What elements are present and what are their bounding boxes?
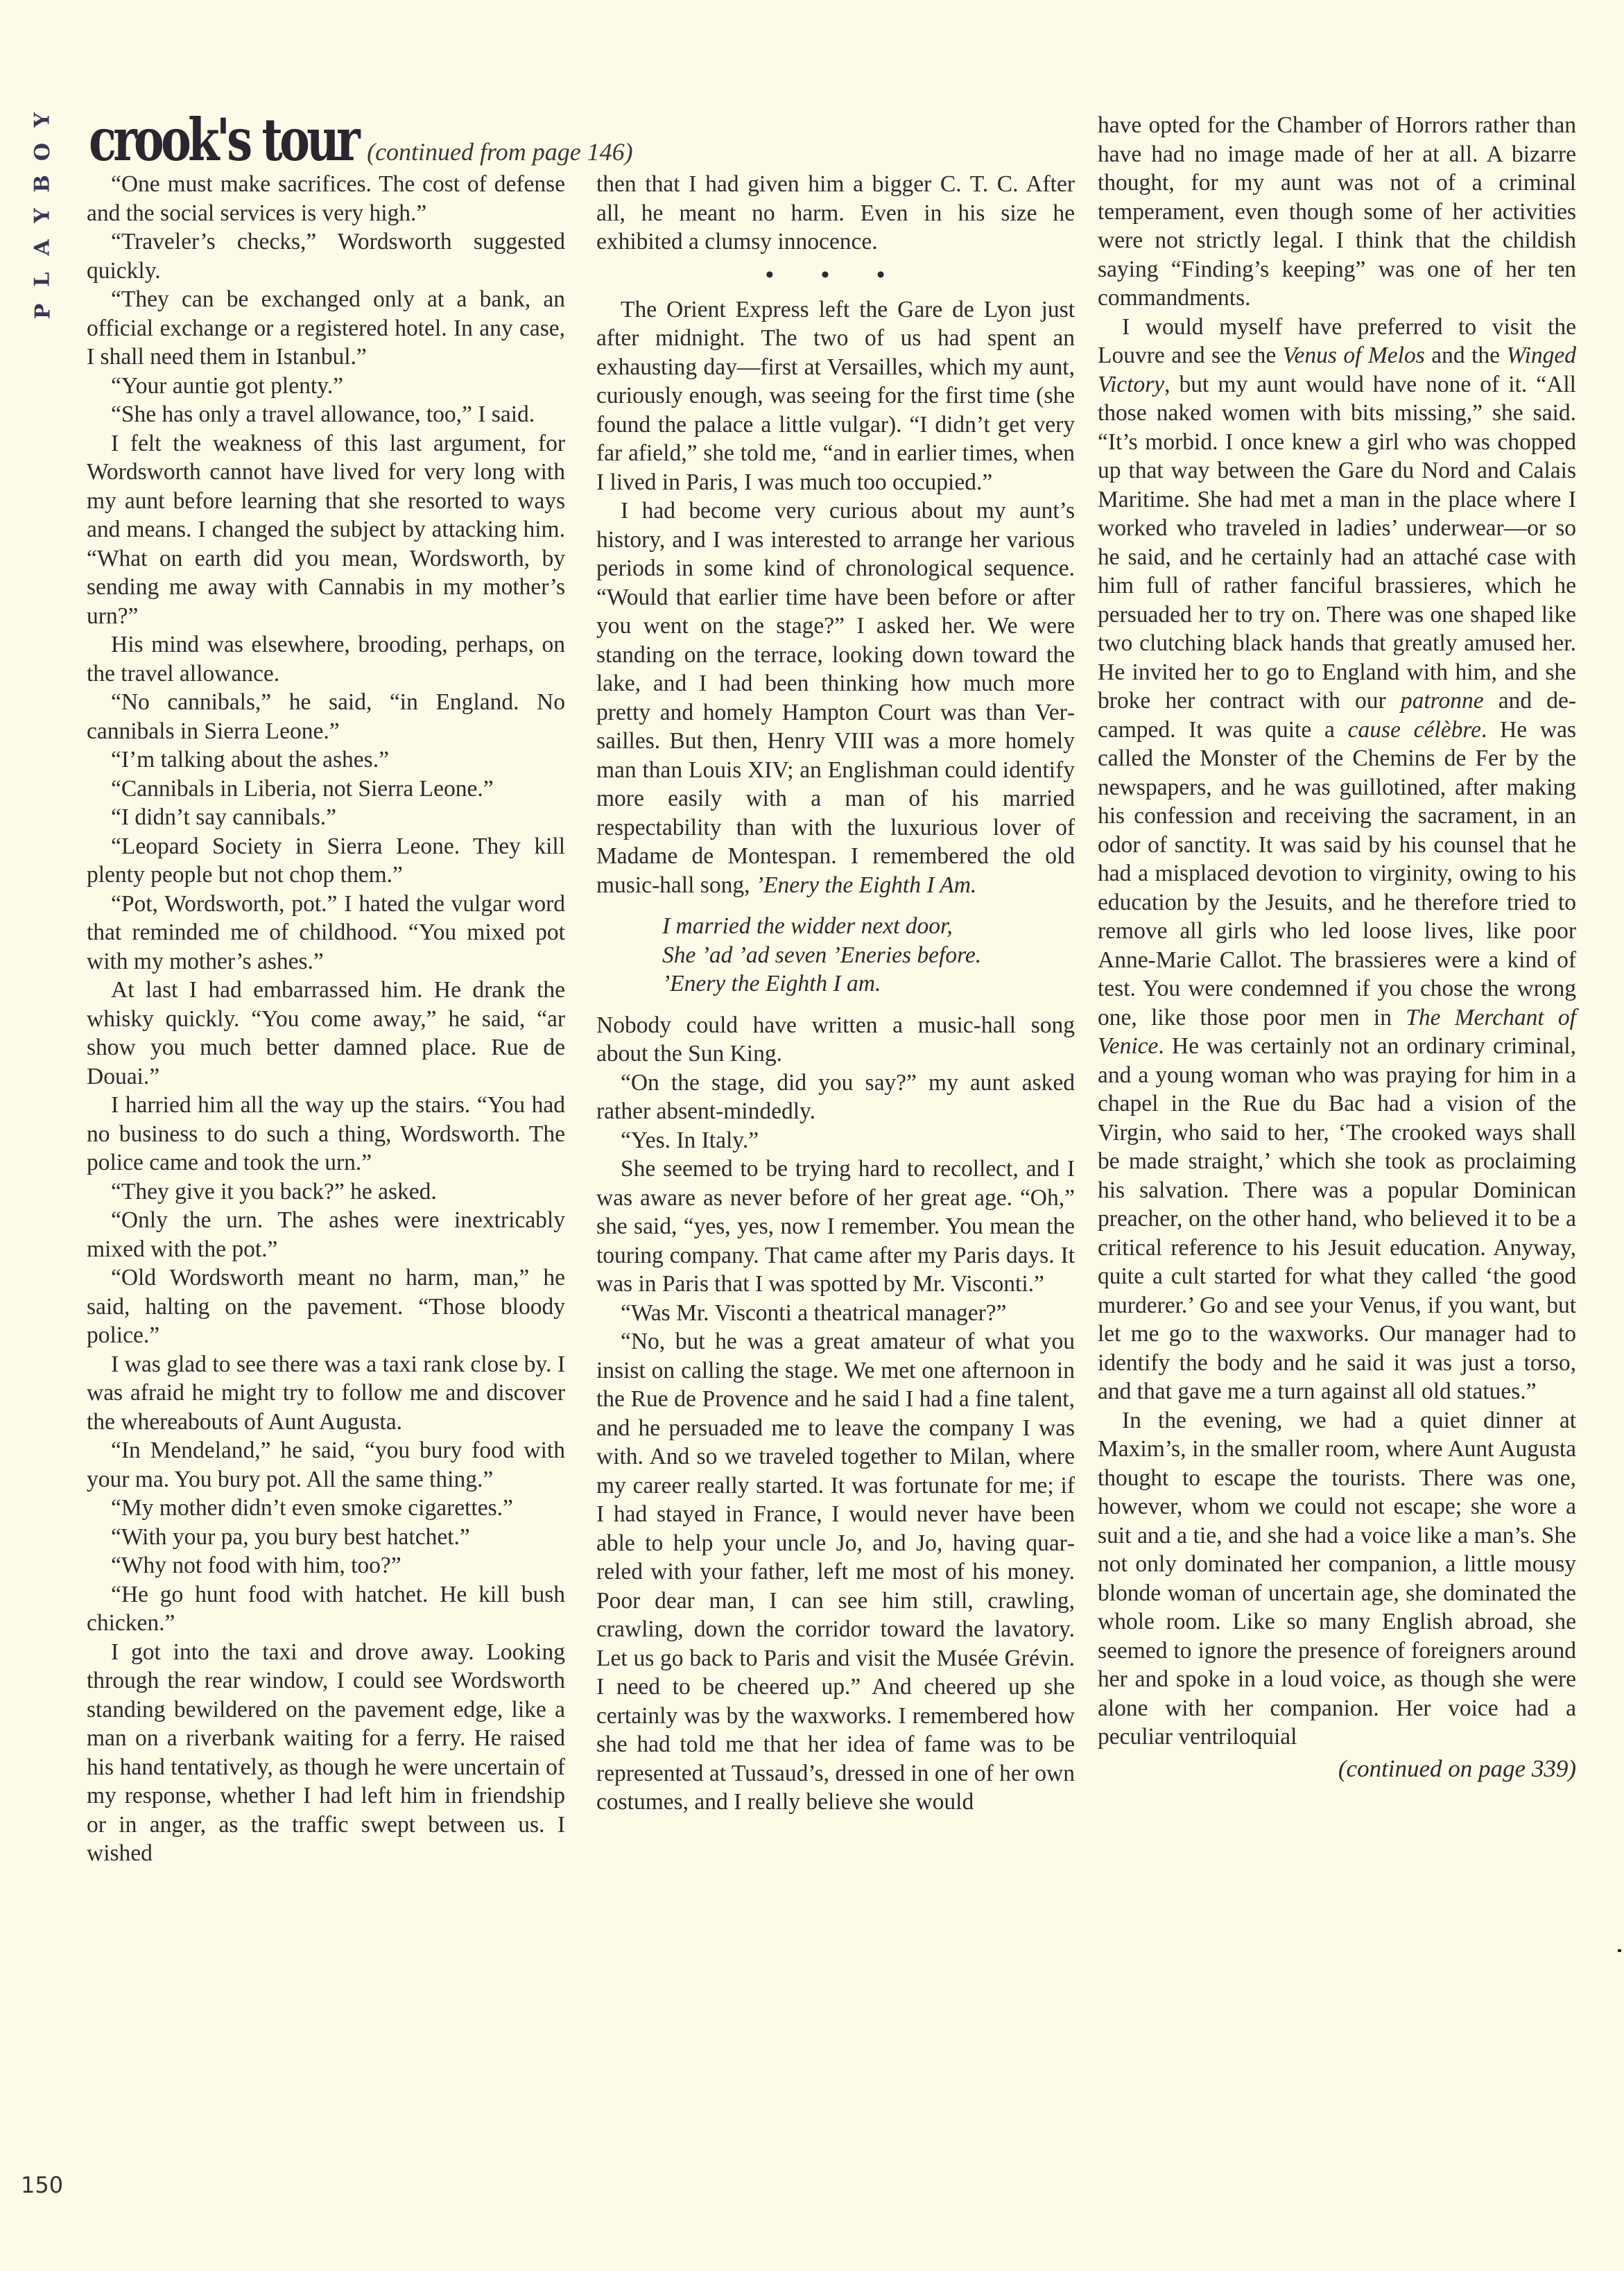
- text-column-1: “One must make sacrifices. The cost of d…: [87, 170, 565, 1868]
- spine-letter: A: [33, 239, 64, 255]
- paragraph: I felt the weakness of this last argu­me…: [87, 429, 565, 631]
- song-verse: I married the widder next door, She ’ad …: [662, 912, 1075, 999]
- paragraph: I harried him all the way up the stairs.…: [87, 1091, 565, 1177]
- spine-letter: O: [33, 143, 64, 161]
- paragraph: Nobody could have written a music-hall s…: [596, 1011, 1075, 1069]
- paragraph: His mind was elsewhere, brooding, perhap…: [87, 630, 565, 688]
- spine-letter: B: [33, 175, 64, 192]
- paragraph: She seemed to be trying hard to recol­le…: [596, 1155, 1075, 1299]
- text-run: . He was certainly not an ordinary crimi…: [1098, 1033, 1576, 1404]
- paragraph: “Was Mr. Visconti a theatrical man­ager?…: [596, 1299, 1075, 1328]
- paragraph: “I’m talking about the ashes.”: [87, 745, 565, 775]
- continued-from-note: (continued from page 146): [367, 137, 633, 166]
- paragraph: “Only the urn. The ashes were inex­trica…: [87, 1206, 565, 1263]
- paragraph: “No, but he was a great amateur of what …: [596, 1327, 1075, 1817]
- paragraph: “Why not food with him, too?”: [87, 1551, 565, 1580]
- text-column-3: have opted for the Chamber of Horrors ra…: [1098, 111, 1576, 1783]
- magazine-spine-logo: Y O B Y A L P: [35, 104, 62, 327]
- paragraph: “Traveler’s checks,” Wordsworth sug­gest…: [87, 227, 565, 285]
- paragraph: “They give it you back?” he asked.: [87, 1177, 565, 1207]
- paragraph: “Cannibals in Liberia, not Sierra Leone.…: [87, 775, 565, 804]
- paragraph: I had become very curious about my aunt’…: [596, 496, 1075, 899]
- text-column-2: then that I had given him a bigger C. T.…: [596, 170, 1075, 1817]
- spine-letter: P: [33, 304, 64, 320]
- paragraph: “Pot, Wordsworth, pot.” I hated the vulg…: [87, 890, 565, 976]
- spine-letter: Y: [33, 112, 64, 127]
- paragraph: then that I had given him a bigger C. T.…: [596, 170, 1075, 257]
- article-header: crook's tour (continued from page 146): [89, 111, 633, 169]
- paragraph: At last I had embarrassed him. He drank …: [87, 976, 565, 1091]
- spine-letter: L: [33, 272, 64, 286]
- paragraph: “Leopard Society in Sierra Leone. They k…: [87, 832, 565, 890]
- italic-title: patronne: [1401, 688, 1484, 714]
- paragraph: I was glad to see there was a taxi rank …: [87, 1350, 565, 1437]
- paragraph: “No cannibals,” he said, “in England. No…: [87, 688, 565, 745]
- verse-line: ’Enery the Eighth I am.: [662, 969, 1075, 999]
- song-title: ’Enery the Eighth I Am.: [756, 872, 976, 898]
- paragraph: I would myself have preferred to visit t…: [1098, 313, 1576, 1406]
- text-run: , but my aunt would have none of it. “Al…: [1098, 372, 1576, 714]
- paragraph: “She has only a travel allowance, too,” …: [87, 400, 565, 429]
- text-run: . He was called the Monster of the Chemi…: [1098, 717, 1576, 1030]
- paragraph: “In Mendeland,” he said, “you bury food …: [87, 1436, 565, 1494]
- paragraph: “They can be exchanged only at a bank, a…: [87, 285, 565, 372]
- paragraph: “He go hunt food with hatchet. He kill b…: [87, 1580, 565, 1638]
- paragraph: “Your auntie got plenty.”: [87, 372, 565, 401]
- paragraph: In the evening, we had a quiet dinner at…: [1098, 1406, 1576, 1752]
- page-number: 150: [21, 2172, 63, 2198]
- paragraph: “Yes. In Italy.”: [596, 1126, 1075, 1155]
- paragraph: The Orient Express left the Gare de Lyon…: [596, 295, 1075, 497]
- paragraph: “One must make sacrifices. The cost of d…: [87, 170, 565, 227]
- paragraph: I got into the taxi and drove away. Look…: [87, 1638, 565, 1868]
- verse-line: She ’ad ’ad seven ’Eneries before.: [662, 941, 1075, 970]
- print-speck: [1618, 1949, 1621, 1952]
- paragraph: “On the stage, did you say?” my aunt ask…: [596, 1069, 1075, 1126]
- paragraph: “My mother didn’t even smoke ciga­rettes…: [87, 1494, 565, 1523]
- spine-letter: Y: [33, 208, 64, 223]
- section-break: • • •: [596, 265, 1075, 286]
- article-title: crook's tour: [89, 111, 357, 169]
- verse-line: I married the widder next door,: [662, 912, 1075, 941]
- paragraph: have opted for the Chamber of Horrors ra…: [1098, 111, 1576, 313]
- paragraph: “I didn’t say cannibals.”: [87, 803, 565, 832]
- continued-on-link[interactable]: (continued on page 339): [1098, 1754, 1576, 1784]
- paragraph: “Old Wordsworth meant no harm, man,” he …: [87, 1263, 565, 1350]
- italic-title: Venus of Melos: [1283, 343, 1425, 368]
- italic-title: cause célèbre: [1348, 717, 1481, 743]
- text-run: and the: [1425, 343, 1507, 368]
- paragraph: “With your pa, you bury best hatchet.”: [87, 1523, 565, 1552]
